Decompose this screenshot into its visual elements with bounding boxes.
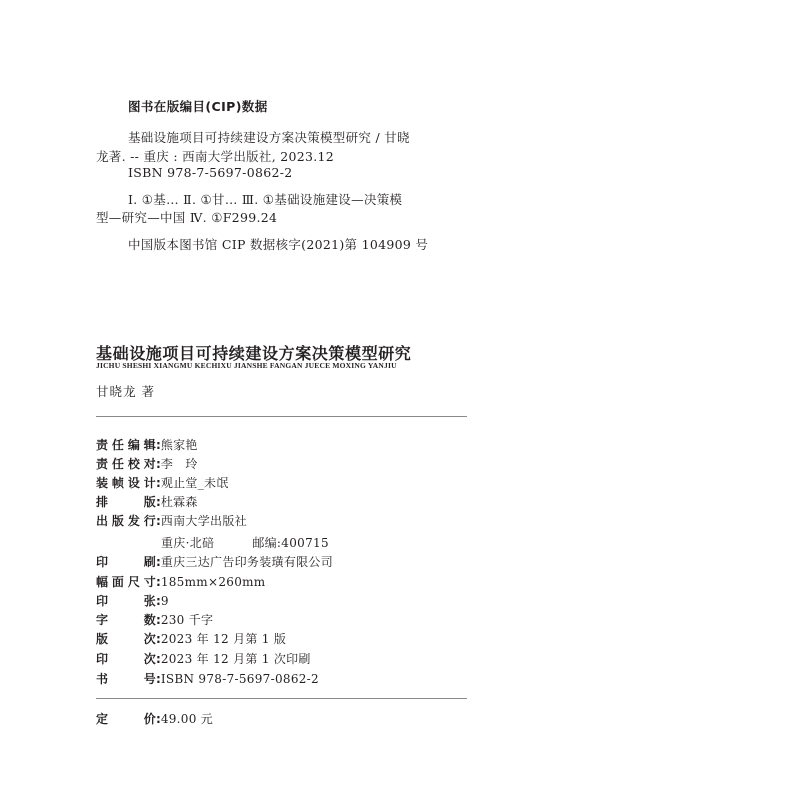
info-row-proofreader: 责任校对:李 玲 [96, 455, 198, 473]
info-value: ISBN 978-7-5697-0862-2 [161, 672, 319, 686]
postcode-label: 邮编: [252, 536, 281, 550]
info-label: 印刷 [96, 553, 156, 571]
info-label: 印张 [96, 592, 156, 610]
info-row-typesetting: 排版:杜霖森 [96, 493, 198, 511]
cip-title-line: 基础设施项目可持续建设方案决策模型研究 / 甘晓 [128, 128, 410, 146]
cip-isbn-line: ISBN 978-7-5697-0862-2 [128, 165, 292, 180]
price-value: 49.00 元 [161, 712, 213, 726]
publisher-city: 重庆·北碚 [161, 536, 214, 550]
price-label: 定价 [96, 710, 156, 728]
info-row-format: 幅面尺寸:185mm×260mm [96, 573, 266, 591]
info-value: 230 千字 [161, 613, 214, 627]
info-value: 185mm×260mm [161, 575, 266, 589]
cip-classification-line-1: Ⅰ. ①基… Ⅱ. ①甘… Ⅲ. ①基础设施建设—决策模 [128, 190, 402, 208]
info-value: 李 玲 [161, 457, 198, 471]
info-row-sheets: 印张:9 [96, 592, 169, 610]
divider-top [96, 416, 467, 417]
info-row-edition: 版次:2023 年 12 月第 1 版 [96, 630, 286, 648]
info-row-printing: 印次:2023 年 12 月第 1 次印刷 [96, 650, 311, 668]
info-row-printer: 印刷:重庆三达广告印务装璜有限公司 [96, 553, 333, 571]
info-label: 排版 [96, 493, 156, 511]
cip-publisher-line: 龙著. -- 重庆 : 西南大学出版社, 2023.12 [96, 147, 334, 165]
info-label: 字数 [96, 611, 156, 629]
info-row-designer: 装帧设计:观止堂_未氓 [96, 474, 229, 492]
cip-record-number: 中国版本图书馆 CIP 数据核字(2021)第 104909 号 [128, 235, 428, 253]
info-label: 版次 [96, 630, 156, 648]
info-value: 9 [161, 594, 169, 608]
info-label: 幅面尺寸 [96, 573, 156, 591]
postcode: 400715 [281, 536, 329, 550]
info-row-isbn: 书号:ISBN 978-7-5697-0862-2 [96, 670, 319, 688]
info-value: 重庆三达广告印务装璜有限公司 [161, 555, 333, 569]
info-label: 装帧设计 [96, 474, 156, 492]
divider-bottom [96, 698, 467, 699]
info-value: 杜霖森 [161, 495, 198, 509]
info-row-publisher: 出版发行:西南大学出版社 [96, 512, 247, 530]
info-value: 熊家艳 [161, 438, 198, 452]
publisher-address: 重庆·北碚邮编:400715 [161, 534, 329, 551]
info-label: 责任编辑 [96, 436, 156, 454]
info-value: 2023 年 12 月第 1 次印刷 [161, 652, 311, 666]
info-row-editor: 责任编辑:熊家艳 [96, 436, 198, 454]
info-value: 观止堂_未氓 [161, 476, 229, 490]
info-label: 印次 [96, 650, 156, 668]
info-label: 书号 [96, 670, 156, 688]
info-row-price: 定价:49.00 元 [96, 710, 213, 728]
cip-classification-line-2: 型—研究—中国 Ⅳ. ①F299.24 [96, 208, 277, 226]
info-row-word-count: 字数:230 千字 [96, 611, 213, 629]
book-title-pinyin: JICHU SHESHI XIANGMU KECHIXU JIANSHE FAN… [96, 361, 397, 370]
info-label: 出版发行 [96, 512, 156, 530]
book-author: 甘晓龙 著 [96, 382, 155, 400]
info-value: 西南大学出版社 [161, 514, 247, 528]
cip-heading: 图书在版编目(CIP)数据 [128, 97, 268, 115]
info-value: 2023 年 12 月第 1 版 [161, 632, 286, 646]
info-label: 责任校对 [96, 455, 156, 473]
